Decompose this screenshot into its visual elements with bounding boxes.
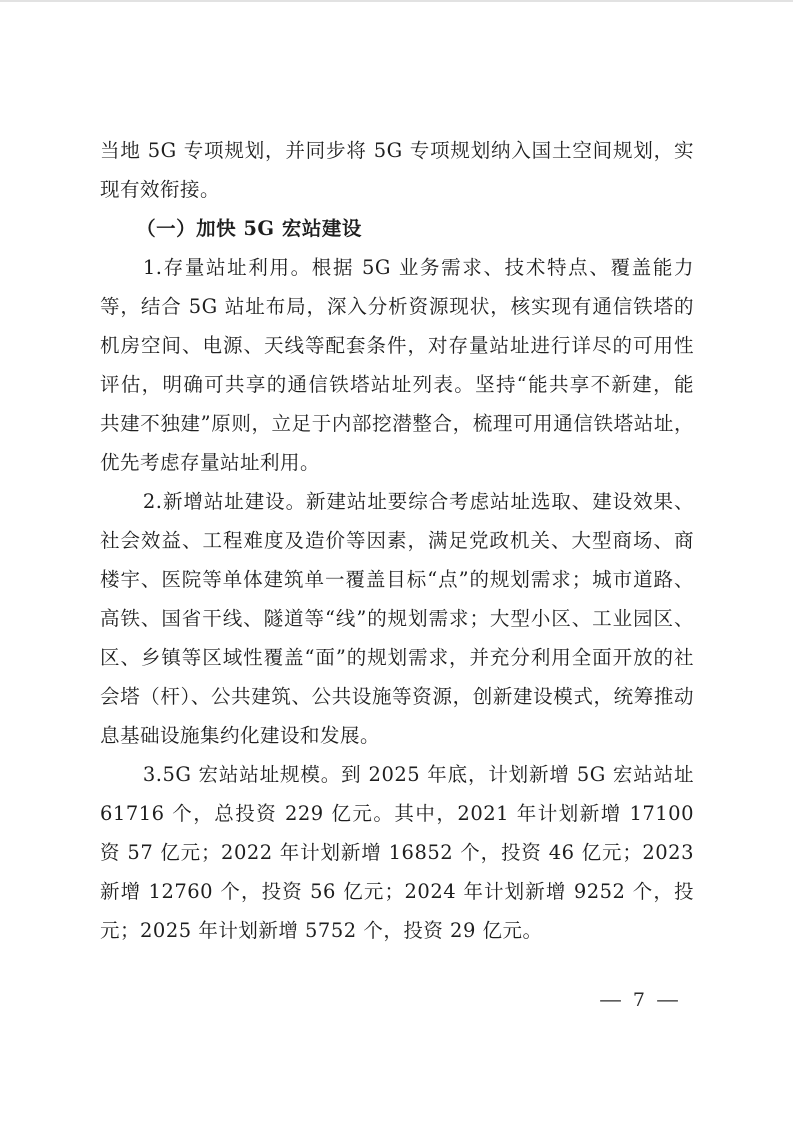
body-line: 当地 5G 专项规划，并同步将 5G 专项规划纳入国土空间规划，实 [100,131,694,170]
body-line: 息基础设施集约化建设和发展。 [100,716,694,755]
paragraph-2: 2.新增站址建设。新建站址要综合考虑站址选取、建设效果、 社会效益、工程难度及造… [100,482,694,755]
footer-left-dash: — [599,989,622,1011]
body-line: 区、乡镇等区域性覆盖“面”的规划需求，并充分利用全面开放的社 [100,638,694,677]
body-line: 等，结合 5G 站址布局，深入分析资源现状，核实现有通信铁塔的 [100,287,694,326]
body-line: 评估，明确可共享的通信铁塔站址列表。坚持“能共享不新建，能 [100,365,694,404]
body-line: 高铁、国省干线、隧道等“线”的规划需求；大型小区、工业园区、景 [100,599,694,638]
scan-top-edge [0,0,793,2]
body-line: 1.存量站址利用。根据 5G 业务需求、技术特点、覆盖能力 [100,248,694,287]
body-line: 社会效益、工程难度及造价等因素，满足党政机关、大型商场、商业 [100,521,694,560]
body-line: 现有效衔接。 [100,170,694,209]
body-line: 资 57 亿元；2022 年计划新增 16852 个，投资 46 亿元；2023… [100,833,694,872]
body-line: 3.5G 宏站站址规模。到 2025 年底，计划新增 5G 宏站站址 [100,755,694,794]
document-body: 当地 5G 专项规划，并同步将 5G 专项规划纳入国土空间规划，实 现有效衔接。… [100,131,694,950]
footer-right-dash: — [656,989,679,1011]
body-line: 机房空间、电源、天线等配套条件，对存量站址进行详尽的可用性 [100,326,694,365]
body-line: 新增 12760 个，投资 56 亿元；2024 年计划新增 9252 个，投资… [100,872,694,911]
body-line: 元；2025 年计划新增 5752 个，投资 29 亿元。 [100,911,694,950]
page-number: 7 [633,989,645,1011]
page-footer: — 7 — [601,988,677,1012]
body-line: 会塔（杆）、公共建筑、公共设施等资源，创新建设模式，统筹推动信 [100,677,694,716]
body-line: 2.新增站址建设。新建站址要综合考虑站址选取、建设效果、 [100,482,694,521]
paragraph-3: 3.5G 宏站站址规模。到 2025 年底，计划新增 5G 宏站站址 61716… [100,755,694,950]
intro-paragraph: 当地 5G 专项规划，并同步将 5G 专项规划纳入国土空间规划，实 现有效衔接。 [100,131,694,209]
section-heading: （一）加快 5G 宏站建设 [100,209,694,248]
body-line: 共建不独建”原则，立足于内部挖潜整合，梳理可用通信铁塔站址， [100,404,694,443]
document-page: 当地 5G 专项规划，并同步将 5G 专项规划纳入国土空间规划，实 现有效衔接。… [0,0,793,1122]
body-line: 楼宇、医院等单体建筑单一覆盖目标“点”的规划需求；城市道路、 [100,560,694,599]
body-line: 优先考虑存量站址利用。 [100,443,694,482]
body-line: 61716 个，总投资 229 亿元。其中，2021 年计划新增 17100 个… [100,794,694,833]
paragraph-1: 1.存量站址利用。根据 5G 业务需求、技术特点、覆盖能力 等，结合 5G 站址… [100,248,694,482]
